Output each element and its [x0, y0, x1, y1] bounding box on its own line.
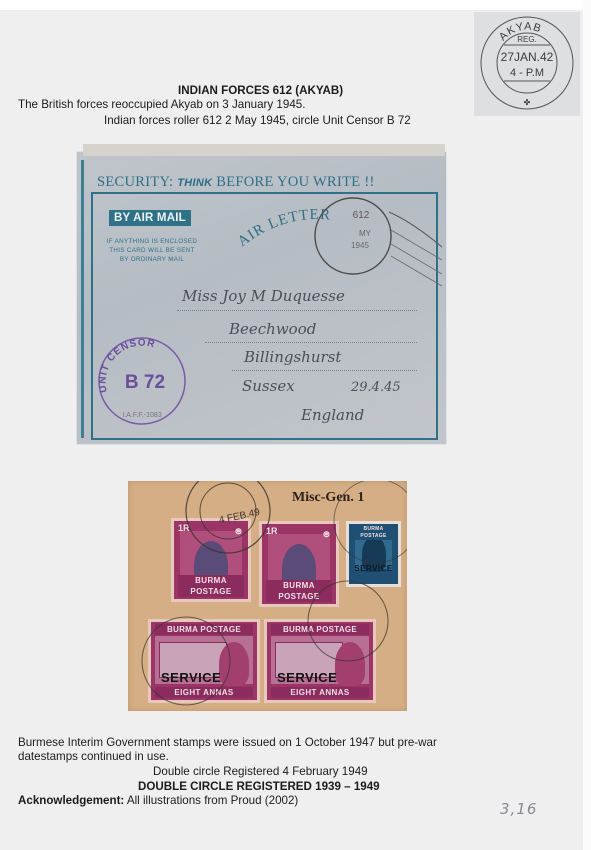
stamp-3p: SERVICE BURMA POSTAGE	[346, 521, 401, 587]
air-letter-cover: SECURITY: THINK BEFORE YOU WRITE !! BY A…	[77, 152, 446, 444]
service-overprint: SERVICE	[349, 564, 398, 573]
double-circle-datestamp-icon: AKYAB REG. 27JAN.42 4 - P.M ✤	[474, 12, 580, 116]
service-overprint: SERVICE	[277, 670, 373, 685]
address-date: 29.4.45	[351, 380, 401, 395]
svg-text:✤: ✤	[524, 98, 531, 107]
address-rule	[205, 342, 417, 343]
datestamp-illustration: AKYAB REG. 27JAN.42 4 - P.M ✤	[474, 12, 580, 116]
svg-text:4 - P.M: 4 - P.M	[510, 67, 544, 79]
stamp-denomination: EIGHT ANNAS	[271, 687, 369, 698]
stamp-value: 1R	[266, 526, 278, 536]
security-suffix: BEFORE YOU WRITE !!	[216, 174, 374, 190]
air-letter-title: AIR LETTER	[237, 202, 357, 252]
stamp-country: BURMA POSTAGE	[271, 624, 369, 635]
section-heading: DOUBLE CIRCLE REGISTERED 1939 – 1949	[138, 780, 380, 794]
notice-line: BY ORDINARY MAIL	[97, 255, 207, 264]
security-think: THINK	[177, 177, 212, 189]
description-line: The British forces reoccupied Akyab on 3…	[18, 98, 305, 112]
description-line: datestamps continued in use.	[18, 750, 169, 764]
address-town: Billingshurst	[244, 348, 341, 366]
section-heading: INDIAN FORCES 612 (AKYAB)	[178, 84, 343, 98]
burmese-numeral: ၜ	[323, 525, 330, 543]
stamp-country: BURMA POSTAGE	[155, 624, 253, 635]
address-rule	[177, 310, 417, 311]
scan-margin	[583, 0, 591, 850]
stamp-piece: Misc-Gen. 1 1R ၜ SERVICE BURMA POSTAGE 1…	[128, 481, 407, 711]
stamp-1r: 1R ၜ SERVICE BURMA POSTAGE	[171, 518, 251, 602]
address-rule	[232, 370, 417, 371]
stamp-country: BURMA POSTAGE	[266, 580, 332, 602]
enclosure-notice: IF ANYTHING IS ENCLOSED THIS CARD WILL B…	[97, 237, 207, 264]
svg-text:AIR LETTER: AIR LETTER	[237, 207, 332, 250]
notice-line: IF ANYTHING IS ENCLOSED	[97, 237, 207, 246]
stamp-country: BURMA POSTAGE	[353, 526, 394, 540]
acknowledgement-text: All illustrations from Proud (2002)	[124, 794, 298, 807]
service-overprint: SERVICE	[161, 670, 257, 685]
page-number: 3,16	[500, 800, 537, 818]
notice-line: THIS CARD WILL BE SENT	[97, 246, 207, 255]
by-air-mail-label: BY AIR MAIL	[109, 210, 191, 226]
acknowledgement: Acknowledgement: All illustrations from …	[18, 794, 298, 808]
torn-flap	[83, 144, 445, 156]
stamp-1r: 1R ၜ SERVICE BURMA POSTAGE	[259, 521, 339, 607]
address-house: Beechwood	[229, 320, 316, 338]
stamp-denomination: EIGHT ANNAS	[155, 687, 253, 698]
stamp-8-annas: BURMA POSTAGE SERVICE EIGHT ANNAS	[148, 619, 260, 703]
description-line: Burmese Interim Government stamps were i…	[18, 736, 437, 750]
address-county: Sussex	[242, 377, 295, 395]
stamp-value: 1R	[178, 523, 190, 533]
security-prefix: SECURITY:	[97, 174, 173, 190]
security-slogan: SECURITY: THINK BEFORE YOU WRITE !!	[97, 174, 375, 191]
svg-text:27JAN.42: 27JAN.42	[501, 50, 554, 64]
description-line: Indian forces roller 612 2 May 1945, cir…	[104, 114, 411, 128]
burmese-numeral: ၜ	[235, 522, 242, 540]
acknowledgement-label: Acknowledgement:	[18, 794, 124, 807]
stamp-country: BURMA POSTAGE	[178, 575, 244, 597]
stamp-8-annas: BURMA POSTAGE SERVICE EIGHT ANNAS	[264, 619, 376, 703]
address-recipient: Miss Joy M Duquesse	[182, 287, 345, 305]
address-country: England	[301, 406, 364, 424]
svg-text:REG.: REG.	[517, 35, 537, 44]
misc-annotation: Misc-Gen. 1	[292, 490, 364, 506]
caption: Double circle Registered 4 February 1949	[153, 765, 368, 779]
